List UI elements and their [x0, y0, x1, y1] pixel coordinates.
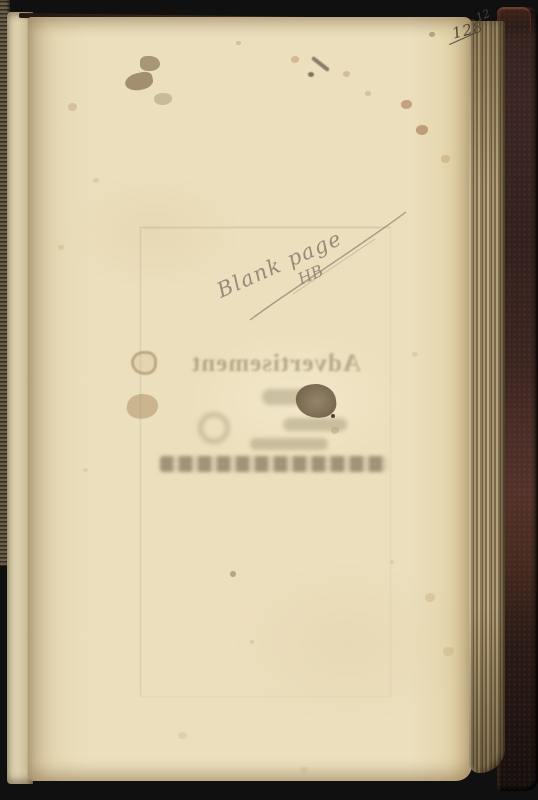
handwritten-annotation: Blank page HB — [195, 195, 420, 335]
handwritten-note-text: Blank page — [212, 226, 345, 303]
pencil-smudge — [308, 72, 314, 77]
showthrough-illegible-bold-line — [160, 456, 387, 472]
stain-speck — [331, 414, 335, 418]
showthrough-heading: Advertisement — [178, 350, 374, 378]
foxing-spot — [140, 56, 160, 71]
folio-annotation: 12 128 — [444, 8, 514, 52]
verso-showthrough: Advertisement — [140, 348, 390, 480]
fore-edge-page-stack — [469, 21, 505, 773]
foxing-ring-stain — [131, 351, 157, 375]
book-scan: 3 Advertisement Blank page HB 12 128 — [0, 0, 538, 800]
showthrough-illegible-line — [250, 438, 328, 450]
showthrough-illegible-mark — [198, 412, 230, 444]
folio-page-number: 128 — [450, 17, 485, 42]
